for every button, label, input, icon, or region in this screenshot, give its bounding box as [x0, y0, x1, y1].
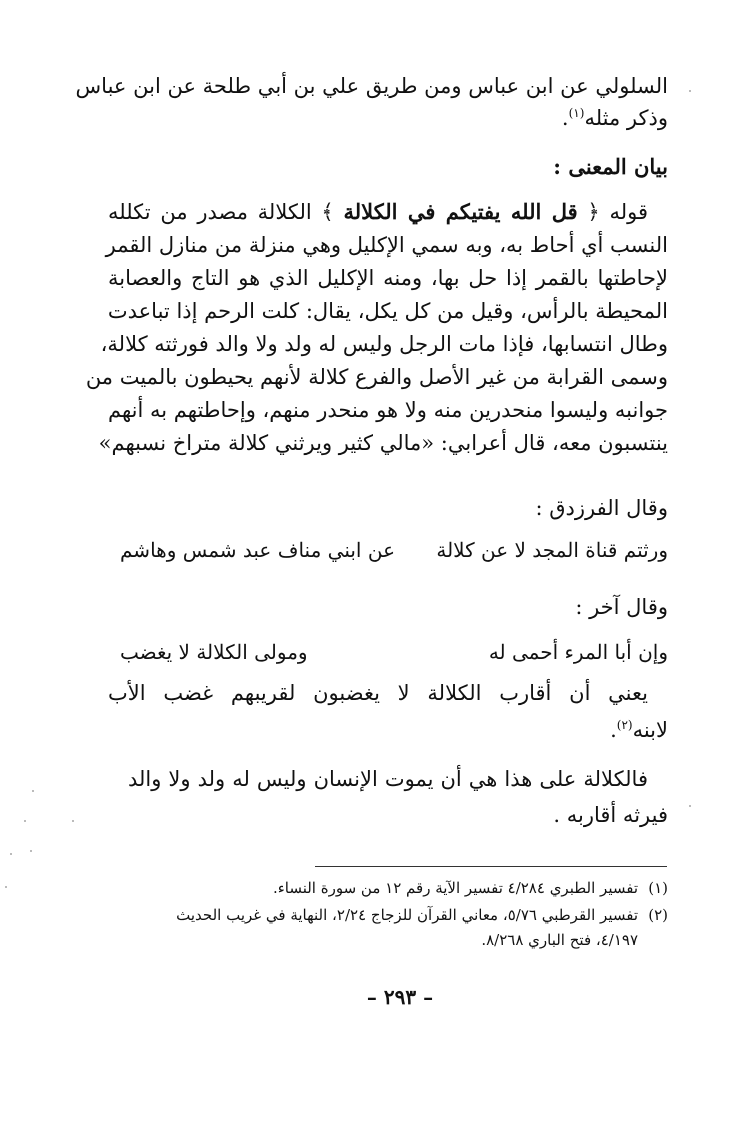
meaning-line-6: وسمى القرابة من غير الأصل والفرع كلالة ل…: [108, 362, 668, 392]
conclusion-line-2: فيرثه أقاربه .: [128, 800, 668, 830]
page-number: – ٢٩٣ –: [300, 985, 500, 1009]
footnote-1-number: (١): [638, 876, 668, 900]
meaning-prefix: قوله ﴿: [587, 200, 648, 224]
explanation-line-1: يعني أن أقارب الكلالة لا يغضبون لقريبهم …: [108, 678, 648, 708]
explanation-line-2-text: لابنه: [633, 718, 668, 742]
scan-speck: [5, 886, 7, 888]
footnote-separator: [315, 866, 667, 867]
intro-line-2-text: وذكر مثله: [584, 106, 668, 130]
footnote-2-number: (٢): [638, 903, 668, 927]
scan-speck: [32, 790, 34, 792]
meaning-line-8: ينتسبون معه، قال أعرابي: «مالي كثير ويرث…: [108, 428, 668, 458]
scan-speck: [689, 90, 691, 92]
other-poet-intro: وقال آخر :: [300, 592, 668, 622]
footnote-1: (١)تفسير الطبري ٤/٢٨٤ تفسير الآية رقم ١٢…: [100, 876, 668, 900]
footnote-ref-1[interactable]: (١): [569, 106, 585, 120]
meaning-suffix: ﴾ الكلالة مصدر من تكلله: [108, 200, 334, 224]
quran-quote: قل الله يفتيكم في الكلالة: [344, 199, 578, 224]
intro-line-1: السلولي عن ابن عباس ومن طريق علي بن أبي …: [108, 71, 668, 101]
explanation-period: .: [610, 718, 617, 742]
section-heading: بيان المعنى :: [300, 152, 668, 182]
meaning-line-7: جوانبه وليسوا منحدرين منه ولا هو منحدر م…: [108, 395, 668, 425]
intro-line-2: وذكر مثله(١).: [108, 103, 668, 133]
meaning-line-5: وطال انتسابها، فإذا مات الرجل وليس له ول…: [108, 329, 668, 359]
meaning-line-2: النسب أي أحاط به، وبه سمي الإكليل وهي من…: [108, 230, 668, 260]
farazdaq-verse-second-hemistich: عن ابني مناف عبد شمس وهاشم: [120, 535, 395, 565]
scan-speck: [30, 850, 32, 852]
footnote-2-text-line-1: تفسير القرطبي ٥/٧٦، معاني القرآن للزجاج …: [176, 906, 638, 924]
scan-speck: [689, 805, 691, 807]
scan-speck: [24, 820, 26, 822]
scan-speck: [10, 853, 12, 855]
explanation-line-2: لابنه(٢).: [108, 715, 668, 745]
meaning-line-3: لإحاطتها بالقمر إذا حل بها، ومنه الإكليل…: [108, 263, 668, 293]
other-poet-verse: وإن أبا المرء أحمى له ومولى الكلالة لا ي…: [120, 637, 668, 667]
farazdaq-verse: ورثتم قناة المجد لا عن كلالة عن ابني منا…: [120, 535, 668, 565]
farazdaq-verse-first-hemistich: ورثتم قناة المجد لا عن كلالة: [436, 535, 668, 565]
footnote-2-continuation: ٤/١٩٧، فتح الباري ٨/٢٦٨.: [100, 928, 668, 952]
other-verse-second-hemistich: ومولى الكلالة لا يغضب: [120, 637, 308, 667]
meaning-line-4: المحيطة بالرأس، وقيل من كل يكل، يقال: كل…: [108, 296, 668, 326]
farazdaq-intro: وقال الفرزدق :: [300, 493, 668, 523]
other-verse-first-hemistich: وإن أبا المرء أحمى له: [489, 637, 668, 667]
meaning-line-1: قوله ﴿ قل الله يفتيكم في الكلالة ﴾ الكلا…: [108, 197, 648, 227]
scan-speck: [72, 820, 74, 822]
conclusion-line-1: فالكلالة على هذا هي أن يموت الإنسان وليس…: [128, 764, 648, 794]
footnote-ref-2[interactable]: (٢): [617, 718, 633, 732]
book-page: السلولي عن ابن عباس ومن طريق علي بن أبي …: [0, 0, 756, 1125]
intro-line-2-period: .: [562, 106, 569, 130]
footnote-1-text: تفسير الطبري ٤/٢٨٤ تفسير الآية رقم ١٢ من…: [273, 879, 638, 897]
footnote-2: (٢)تفسير القرطبي ٥/٧٦، معاني القرآن للزج…: [100, 903, 668, 927]
